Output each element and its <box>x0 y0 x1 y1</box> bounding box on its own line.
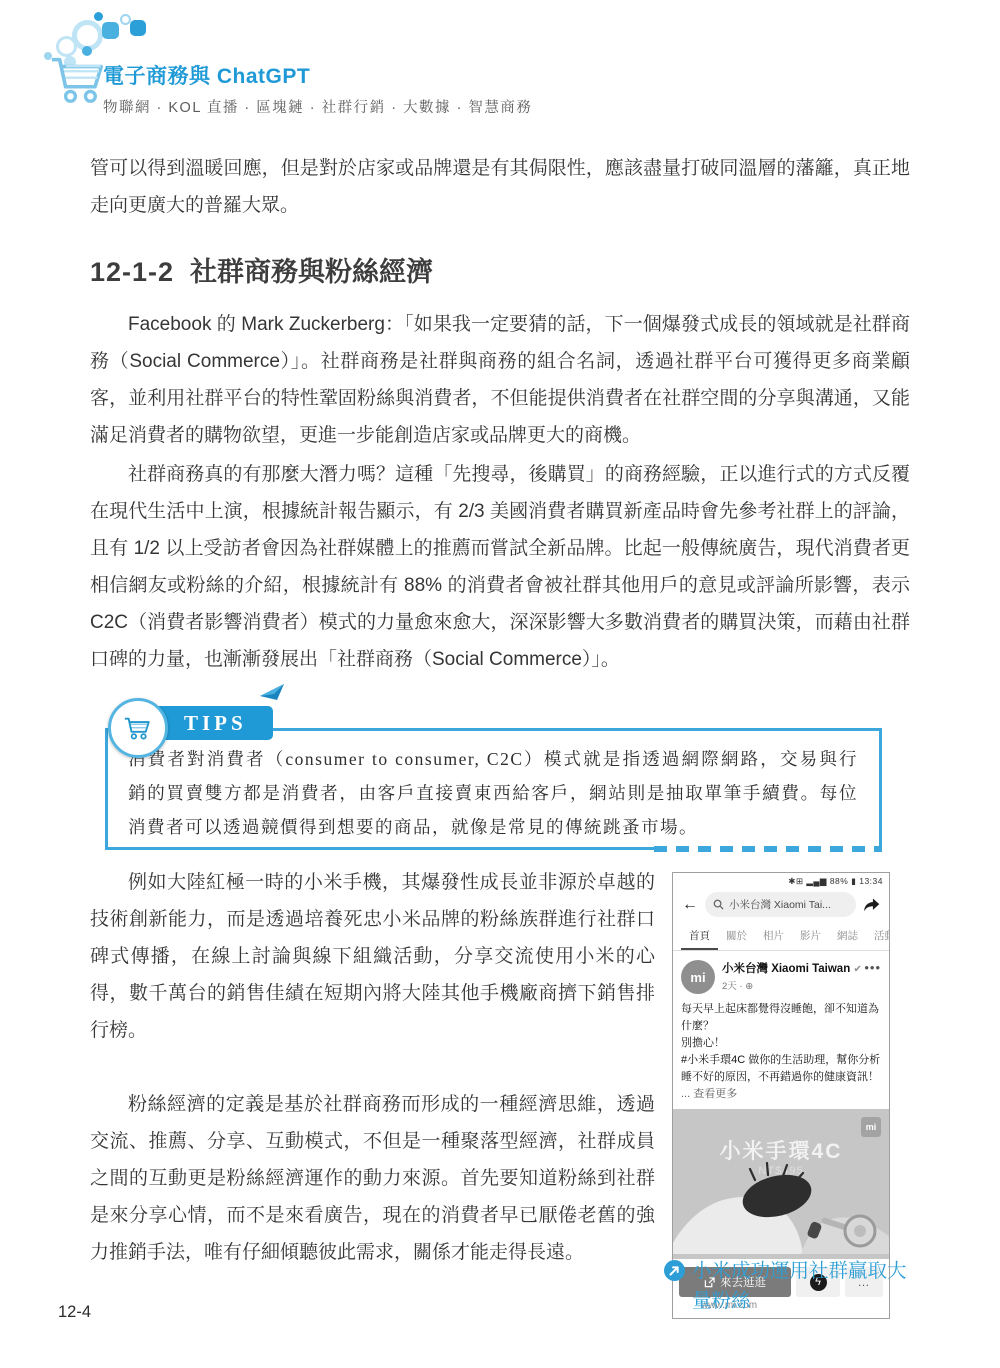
author-name: 小米台灣 Xiaomi Taiwan ✔ <box>722 960 864 976</box>
search-query: 小米台灣 Xiaomi Tai... <box>729 897 831 912</box>
tab-home: 首頁 <box>681 928 718 950</box>
post-header: mi 小米台灣 Xiaomi Taiwan ✔ 2天 · ⊕ ••• <box>673 951 889 999</box>
post-line: #小米手環4C 做你的生活助理，幫你分析睡不好的原因，不再錯過你的健康資訊！ <box>681 1052 881 1086</box>
mi-logo-badge: mi <box>861 1117 881 1137</box>
search-icon <box>713 899 724 910</box>
post-line: 每天早上起床都覺得沒睡飽，卻不知道為什麼？ <box>681 1001 881 1035</box>
avatar: mi <box>681 960 715 994</box>
book-page: 電子商務與 ChatGPT 物聯網 · KOL 直播 · 區塊鏈 · 社群行銷 … <box>0 0 1000 1368</box>
body-column: 例如大陸紅極一時的小米手機，其爆發性成長並非源於卓越的技術創新能力，而是透過培養… <box>90 864 655 1308</box>
figure-marker-icon <box>664 1260 685 1316</box>
tab-photos: 相片 <box>755 928 792 950</box>
page-number: 12-4 <box>58 1303 91 1322</box>
product-name: 小米手環4C <box>673 1135 889 1165</box>
tips-label: TIPS <box>154 706 273 740</box>
status-bar: ✱⊞ ▂▄▆ 88% ▮ 13:34 <box>673 873 889 888</box>
share-icon <box>863 897 880 912</box>
tab-about: 關於 <box>718 928 755 950</box>
verified-icon: ✔ <box>853 964 861 975</box>
tips-border-solid <box>105 847 665 850</box>
book-subtitle: 物聯網 · KOL 直播 · 區塊鏈 · 社群行銷 · 大數據 · 智慧商務 <box>103 96 532 117</box>
body-paragraph-1: 例如大陸紅極一時的小米手機，其爆發性成長並非源於卓越的技術創新能力，而是透過培養… <box>90 864 655 1049</box>
page-tabs: 首頁 關於 相片 影片 網誌 活動 貼 <box>673 924 889 951</box>
robot-bubble-icon <box>102 22 119 39</box>
shopping-cart-icon <box>48 48 110 115</box>
chat-bubble-icon <box>130 20 146 36</box>
figure-caption: 小米成功運用社群贏取大量粉絲 <box>664 1256 920 1316</box>
section-title: 社群商務與粉絲經濟 <box>190 257 433 287</box>
intro-paragraph: 管可以得到溫暖回應，但是對於店家或品牌還是有其侷限性，應該盡量打破同溫層的藩籬，… <box>90 150 910 224</box>
page-header: 電子商務與 ChatGPT 物聯網 · KOL 直播 · 區塊鏈 · 社群行銷 … <box>0 0 1000 140</box>
post-meta: 2天 · ⊕ <box>722 978 864 992</box>
phone-screenshot: ✱⊞ ▂▄▆ 88% ▮ 13:34 ← 小米台灣 Xiaomi Tai... … <box>672 872 890 1319</box>
bubble-decoration <box>94 12 103 21</box>
tab-notes: 網誌 <box>829 928 866 950</box>
figure-caption-text: 小米成功運用社群贏取大量粉絲 <box>692 1256 920 1316</box>
section-number: 12-1-2 <box>90 257 174 287</box>
book-title: 電子商務與 ChatGPT <box>103 60 310 90</box>
ad-image: mi 小米手環4C NT$495 <box>673 1109 889 1259</box>
body-paragraph-2: 粉絲經濟的定義是基於社群商務而形成的一種經濟思維，透過交流、推薦、分享、互動模式… <box>90 1086 655 1271</box>
tab-videos: 影片 <box>792 928 829 950</box>
post-line: 別擔心！ <box>681 1035 881 1052</box>
nav-bar: ← 小米台灣 Xiaomi Tai... <box>673 888 889 924</box>
tips-border-dashed <box>654 846 882 852</box>
section-paragraph-1: Facebook 的 Mark Zuckerberg：「如果我一定要猜的話，下一… <box>90 306 910 454</box>
back-arrow-icon: ← <box>682 897 698 913</box>
section-heading: 12-1-2社群商務與粉絲經濟 <box>90 250 433 289</box>
cart-badge-icon <box>108 698 168 758</box>
person-photo <box>673 1162 889 1259</box>
see-more-link: ... 查看更多 <box>681 1086 881 1103</box>
section-paragraph-2: 社群商務真的有那麼大潛力嗎？這種「先搜尋，後購買」的商務經驗，正以進行式的方式反… <box>90 456 910 678</box>
post-text: 每天早上起床都覺得沒睡飽，卻不知道為什麼？ 別擔心！ #小米手環4C 做你的生活… <box>673 999 889 1109</box>
search-input: 小米台灣 Xiaomi Tai... <box>705 892 856 917</box>
post-menu-icon: ••• <box>864 960 881 975</box>
tips-text: 消費者對消費者（consumer to consumer, C2C）模式就是指透… <box>128 742 858 844</box>
author-block: 小米台灣 Xiaomi Taiwan ✔ 2天 · ⊕ <box>722 960 864 992</box>
tab-events: 活動 <box>866 928 889 950</box>
